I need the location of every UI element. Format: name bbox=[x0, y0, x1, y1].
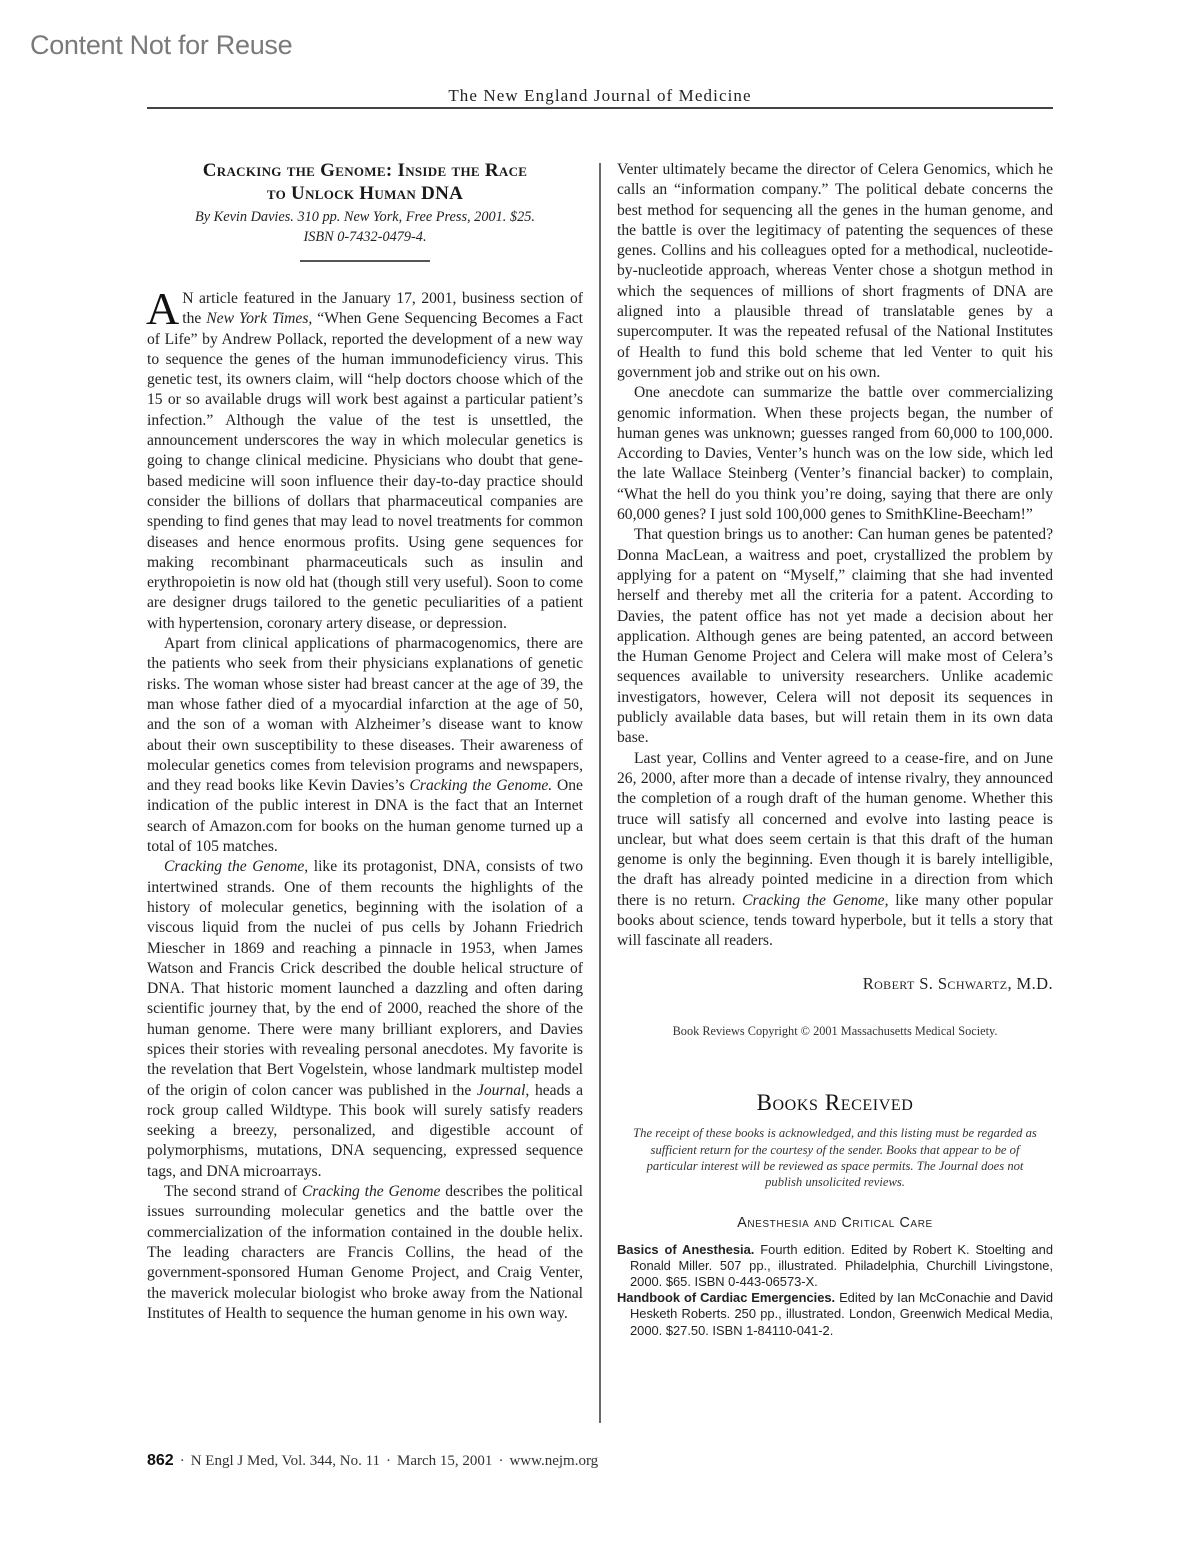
separator: · bbox=[180, 1453, 185, 1469]
page-footer: 862·N Engl J Med, Vol. 344, No. 11·March… bbox=[147, 1452, 598, 1470]
biblio-line-1: By Kevin Davies. 310 pp. New York, Free … bbox=[147, 207, 583, 227]
italic-title: Cracking the Genome bbox=[302, 1183, 441, 1200]
review-paragraph-3: Cracking the Genome, like its protagonis… bbox=[147, 857, 583, 1182]
section-heading-anesthesia: Anesthesia and Critical Care bbox=[617, 1213, 1053, 1233]
review-paragraph-5: Venter ultimately became the director of… bbox=[617, 160, 1053, 383]
review-paragraph-7: That question brings us to another: Can … bbox=[617, 525, 1053, 748]
review-paragraph-8: Last year, Collins and Venter agreed to … bbox=[617, 749, 1053, 952]
website-link[interactable]: www.nejm.org bbox=[509, 1453, 598, 1469]
book-title: Handbook of Cardiac Emergencies. bbox=[617, 1290, 835, 1305]
italic-title: Cracking the Genome, bbox=[164, 858, 308, 875]
books-received-note: The receipt of these books is acknowledg… bbox=[627, 1125, 1043, 1190]
watermark: Content Not for Reuse bbox=[30, 30, 292, 61]
copyright-notice: Book Reviews Copyright © 2001 Massachuse… bbox=[617, 1021, 1053, 1041]
issue-date: March 15, 2001 bbox=[397, 1453, 492, 1469]
separator: · bbox=[498, 1453, 503, 1469]
review-title: Cracking the Genome: Inside the Race to … bbox=[147, 159, 583, 205]
biblio-isbn: ISBN 0-7432-0479-4. bbox=[147, 227, 583, 247]
books-received-heading: Books Received bbox=[617, 1093, 1053, 1113]
book-entry: Basics of Anesthesia. Fourth edition. Ed… bbox=[617, 1242, 1053, 1291]
review-bibliographic-info: By Kevin Davies. 310 pp. New York, Free … bbox=[147, 207, 583, 247]
separator: · bbox=[386, 1453, 391, 1469]
book-entry: Handbook of Cardiac Emergencies. Edited … bbox=[617, 1290, 1053, 1339]
review-title-line-2: to Unlock Human DNA bbox=[147, 182, 583, 205]
review-title-line-1: Cracking the Genome: Inside the Race bbox=[147, 159, 583, 182]
journal-running-head: The New England Journal of Medicine bbox=[147, 86, 1053, 106]
italic-title: Journal, bbox=[477, 1082, 529, 1099]
italic-title: Cracking the Genome. bbox=[410, 777, 553, 794]
left-column: Cracking the Genome: Inside the Race to … bbox=[147, 158, 583, 1324]
page-number: 862 bbox=[147, 1452, 174, 1469]
review-paragraph-6: One anecdote can summarize the battle ov… bbox=[617, 383, 1053, 525]
book-title: Basics of Anesthesia. bbox=[617, 1242, 754, 1257]
journal-citation: N Engl J Med, Vol. 344, No. 11 bbox=[191, 1453, 380, 1469]
italic-title: Cracking the Genome, bbox=[742, 892, 888, 909]
italic-title: New York Times, bbox=[206, 310, 312, 327]
drop-cap: A bbox=[146, 291, 179, 327]
reviewer-signature: Robert S. Schwartz, M.D. bbox=[617, 974, 1053, 994]
column-divider bbox=[599, 163, 601, 1423]
review-paragraph-1: AN article featured in the January 17, 2… bbox=[147, 289, 583, 634]
right-column: Venter ultimately became the director of… bbox=[617, 160, 1053, 1339]
review-paragraph-2: Apart from clinical applications of phar… bbox=[147, 634, 583, 857]
review-paragraph-4: The second strand of Cracking the Genome… bbox=[147, 1182, 583, 1324]
title-rule bbox=[300, 260, 430, 262]
header-rule bbox=[147, 107, 1053, 109]
books-list: Basics of Anesthesia. Fourth edition. Ed… bbox=[617, 1242, 1053, 1339]
